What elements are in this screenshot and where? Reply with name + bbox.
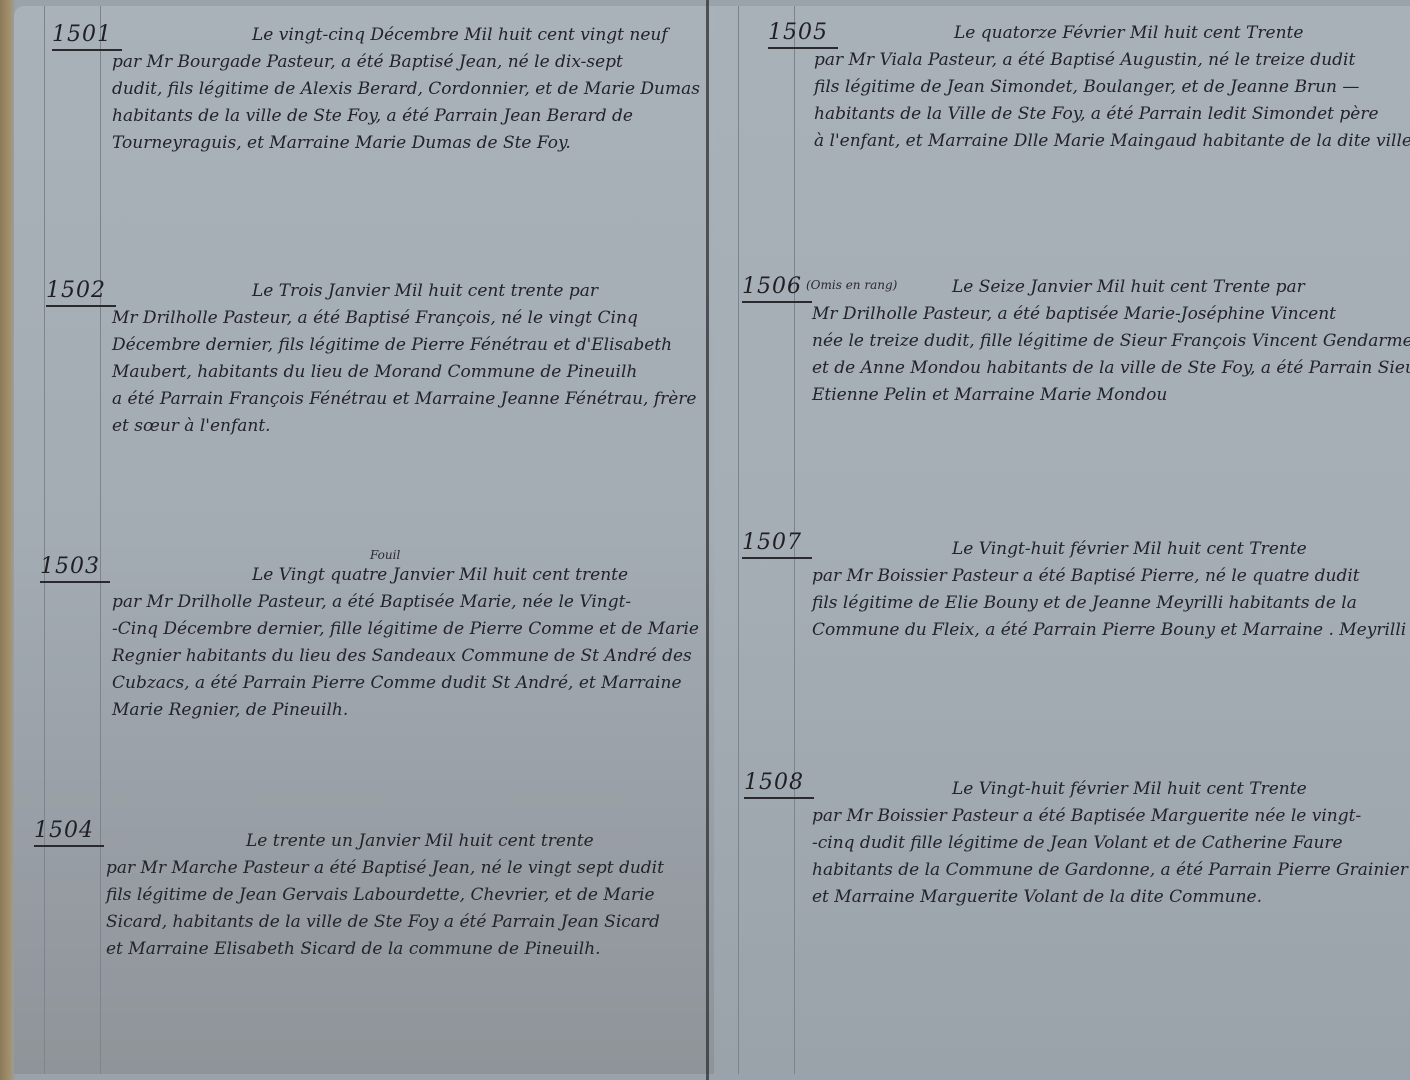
- entry-line: Sicard, habitants de la ville de Ste Foy…: [106, 909, 664, 936]
- margin-note: Fouil: [370, 548, 400, 562]
- left-page: 1501 Le vingt-cinq Décembre Mil huit cen…: [14, 6, 714, 1074]
- entry-line: par Mr Boissier Pasteur a été Baptisée M…: [812, 803, 1408, 830]
- register-book: 1501 Le vingt-cinq Décembre Mil huit cen…: [0, 0, 1410, 1080]
- entry-line: à l'enfant, et Marraine Dlle Marie Maing…: [814, 128, 1410, 155]
- entry-number: 1506: [742, 274, 812, 303]
- entry-text: Le Vingt-huit février Mil huit cent Tren…: [812, 536, 1406, 644]
- entry-line: Cubzacs, a été Parrain Pierre Comme dudi…: [112, 670, 699, 697]
- entry-text: Le vingt-cinq Décembre Mil huit cent vin…: [112, 22, 700, 157]
- entry-line: Le Vingt quatre Janvier Mil huit cent tr…: [112, 562, 699, 589]
- entry-line: par Mr Boissier Pasteur a été Baptisé Pi…: [812, 563, 1406, 590]
- entry-line: Marie Regnier, de Pineuilh.: [112, 697, 699, 724]
- entry-number: 1504: [34, 818, 104, 847]
- entry-line: Le quatorze Février Mil huit cent Trente: [814, 20, 1410, 47]
- entry-number: 1502: [46, 278, 116, 307]
- entry-line: Etienne Pelin et Marraine Marie Mondou: [812, 382, 1410, 409]
- entry-line: a été Parrain François Fénétrau et Marra…: [112, 386, 697, 413]
- entry-line: habitants de la Commune de Gardonne, a é…: [812, 857, 1408, 884]
- entry-text: Le Trois Janvier Mil huit cent trente pa…: [112, 278, 697, 440]
- entry-number: 1508: [744, 770, 814, 799]
- entry-line: Commune du Fleix, a été Parrain Pierre B…: [812, 617, 1406, 644]
- margin-rule: [44, 6, 45, 1074]
- entry-text: Le Vingt-huit février Mil huit cent Tren…: [812, 776, 1408, 911]
- entry-line: Le vingt-cinq Décembre Mil huit cent vin…: [112, 22, 700, 49]
- entry-line: Maubert, habitants du lieu de Morand Com…: [112, 359, 697, 386]
- entry-line: habitants de la ville de Ste Foy, a été …: [112, 103, 700, 130]
- entry-line: Le Vingt-huit février Mil huit cent Tren…: [812, 536, 1406, 563]
- entry-line: née le treize dudit, fille légitime de S…: [812, 328, 1410, 355]
- entry-text: Le Seize Janvier Mil huit cent Trente pa…: [812, 274, 1410, 409]
- entry-text: Le trente un Janvier Mil huit cent trent…: [106, 828, 664, 963]
- entry-line: Mr Drilholle Pasteur, a été baptisée Mar…: [812, 301, 1410, 328]
- entry-line: Tourneyraguis, et Marraine Marie Dumas d…: [112, 130, 700, 157]
- entry-line: par Mr Viala Pasteur, a été Baptisé Augu…: [814, 47, 1410, 74]
- entry-line: par Mr Marche Pasteur a été Baptisé Jean…: [106, 855, 664, 882]
- entry-line: Regnier habitants du lieu des Sandeaux C…: [112, 643, 699, 670]
- book-gutter: [706, 0, 709, 1080]
- entry-line: et de Anne Mondou habitants de la ville …: [812, 355, 1410, 382]
- entry-line: par Mr Drilholle Pasteur, a été Baptisée…: [112, 589, 699, 616]
- margin-rule: [100, 6, 101, 1074]
- entry-line: Le Trois Janvier Mil huit cent trente pa…: [112, 278, 697, 305]
- entry-line: habitants de la Ville de Ste Foy, a été …: [814, 101, 1410, 128]
- entry-line: -cinq dudit fille légitime de Jean Volan…: [812, 830, 1408, 857]
- entry-line: dudit, fils légitime de Alexis Berard, C…: [112, 76, 700, 103]
- entry-line: fils légitime de Jean Gervais Labourdett…: [106, 882, 664, 909]
- right-page: 1505 Le quatorze Février Mil huit cent T…: [714, 6, 1410, 1074]
- entry-text: Le quatorze Février Mil huit cent Trente…: [814, 20, 1410, 155]
- entry-text: Le Vingt quatre Janvier Mil huit cent tr…: [112, 562, 699, 724]
- entry-line: Le trente un Janvier Mil huit cent trent…: [106, 828, 664, 855]
- margin-rule: [738, 6, 739, 1074]
- entry-line: fils légitime de Jean Simondet, Boulange…: [814, 74, 1410, 101]
- entry-line: et sœur à l'enfant.: [112, 413, 697, 440]
- entry-number: 1507: [742, 530, 812, 559]
- entry-line: et Marraine Marguerite Volant de la dite…: [812, 884, 1408, 911]
- entry-line: Décembre dernier, fils légitime de Pierr…: [112, 332, 697, 359]
- entry-line: -Cinq Décembre dernier, fille légitime d…: [112, 616, 699, 643]
- entry-line: Mr Drilholle Pasteur, a été Baptisé Fran…: [112, 305, 697, 332]
- entry-line: Le Vingt-huit février Mil huit cent Tren…: [812, 776, 1408, 803]
- entry-line: par Mr Bourgade Pasteur, a été Baptisé J…: [112, 49, 700, 76]
- entry-line: Le Seize Janvier Mil huit cent Trente pa…: [812, 274, 1410, 301]
- entry-line: et Marraine Elisabeth Sicard de la commu…: [106, 936, 664, 963]
- entry-line: fils légitime de Elie Bouny et de Jeanne…: [812, 590, 1406, 617]
- entry-number: 1503: [40, 554, 110, 583]
